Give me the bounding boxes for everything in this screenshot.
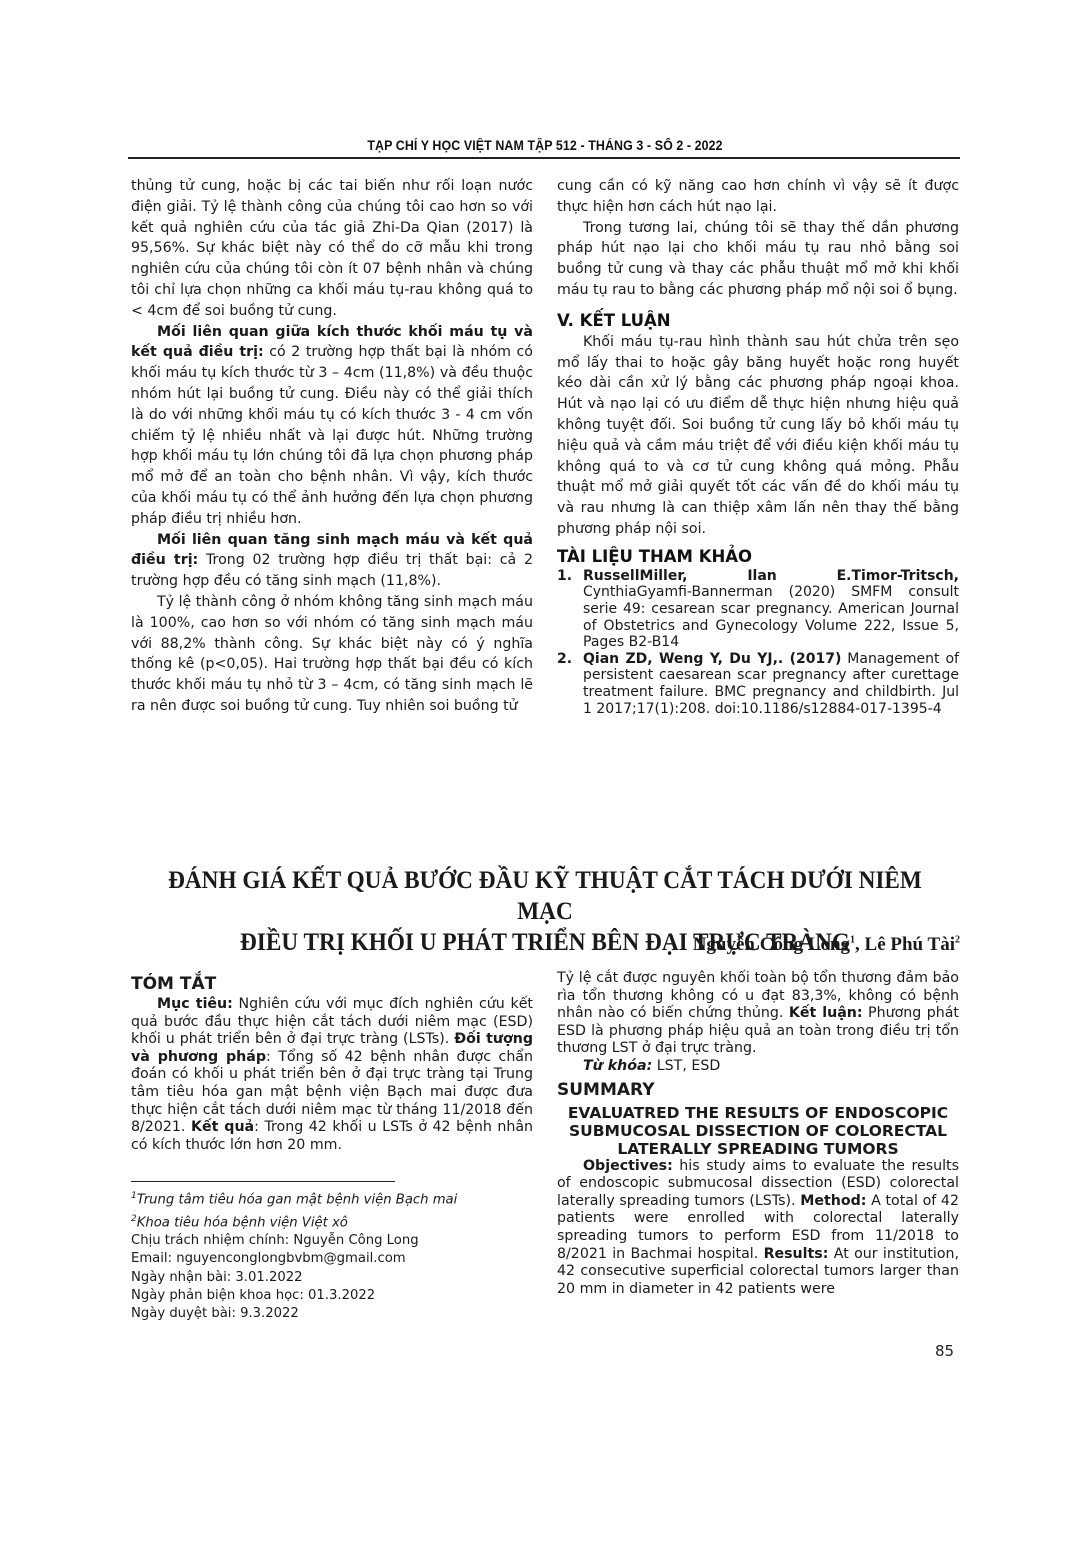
abstract-vi: TÓM TẮT Mục tiêu: Nghiên cứu với mục đíc… — [131, 972, 533, 1154]
date-reviewed: Ngày phản biện khoa học: 01.3.2022 — [131, 1287, 551, 1305]
summary-title: EVALUATRED THE RESULTS OF ENDOSCOPIC SUB… — [557, 1104, 959, 1158]
page-number: 85 — [935, 1342, 954, 1360]
paragraph: Tỷ lệ thành công ở nhóm không tăng sinh … — [131, 592, 533, 717]
paragraph: Objectives: his study aims to evaluate t… — [557, 1158, 959, 1299]
header-rule — [128, 157, 960, 159]
paragraph: Trong tương lai, chúng tôi sẽ thay thế d… — [557, 218, 959, 301]
paragraph: Tỷ lệ cắt được nguyên khối toàn bộ tổn t… — [557, 970, 959, 1058]
reference-item: 1.RussellMiller, Ilan E.Timor-Tritsch, C… — [557, 568, 959, 651]
section-heading-conclusion: V. KẾT LUẬN — [557, 310, 959, 332]
reference-list: 1.RussellMiller, Ilan E.Timor-Tritsch, C… — [557, 568, 959, 717]
email: Email: nguyenconglongbvbm@gmail.com — [131, 1250, 551, 1268]
right-column-top: cung cần có kỹ năng cao hơn chính vì vậy… — [557, 176, 959, 717]
section-heading-references: TÀI LIỆU THAM KHẢO — [557, 546, 959, 568]
paragraph: Mục tiêu: Nghiên cứu với mục đích nghiên… — [131, 996, 533, 1154]
journal-page: TẠP CHÍ Y HỌC VIỆT NAM TẬP 512 - THÁNG 3… — [0, 0, 1090, 1541]
date-received: Ngày nhận bài: 3.01.2022 — [131, 1269, 551, 1287]
paragraph: Khối máu tụ-rau hình thành sau hút chửa … — [557, 332, 959, 540]
affiliation-2: 2Khoa tiêu hóa bệnh viện Việt xô — [131, 1210, 551, 1233]
running-head: TẠP CHÍ Y HỌC VIỆT NAM TẬP 512 - THÁNG 3… — [163, 138, 927, 153]
reference-item: 2.Qian ZD, Weng Y, Du YJ,. (2017) Manage… — [557, 651, 959, 717]
abstract-continued: Tỷ lệ cắt được nguyên khối toàn bộ tổn t… — [557, 970, 959, 1298]
paragraph: thủng tử cung, hoặc bị các tai biến như … — [131, 176, 533, 322]
affiliation-1: 1Trung tâm tiêu hóa gan mật bệnh viện Bạ… — [131, 1187, 551, 1210]
abstract-heading: TÓM TẮT — [131, 972, 533, 996]
responsible-author: Chịu trách nhiệm chính: Nguyễn Công Long — [131, 1232, 551, 1250]
footnotes: 1Trung tâm tiêu hóa gan mật bệnh viện Bạ… — [131, 1187, 551, 1323]
paragraph: Mối liên quan tăng sinh mạch máu và kết … — [131, 530, 533, 592]
date-approved: Ngày duyệt bài: 9.3.2022 — [131, 1305, 551, 1323]
summary-heading: SUMMARY — [557, 1078, 959, 1102]
keywords: Từ khóa: LST, ESD — [557, 1058, 959, 1076]
authors: Nguyễn Công Long1, Lê Phú Tài2 — [693, 934, 960, 956]
paragraph: cung cần có kỹ năng cao hơn chính vì vậy… — [557, 176, 959, 218]
footnote-rule — [131, 1181, 395, 1182]
paragraph: Mối liên quan giữa kích thước khối máu t… — [131, 322, 533, 530]
left-column-top: thủng tử cung, hoặc bị các tai biến như … — [131, 176, 533, 717]
